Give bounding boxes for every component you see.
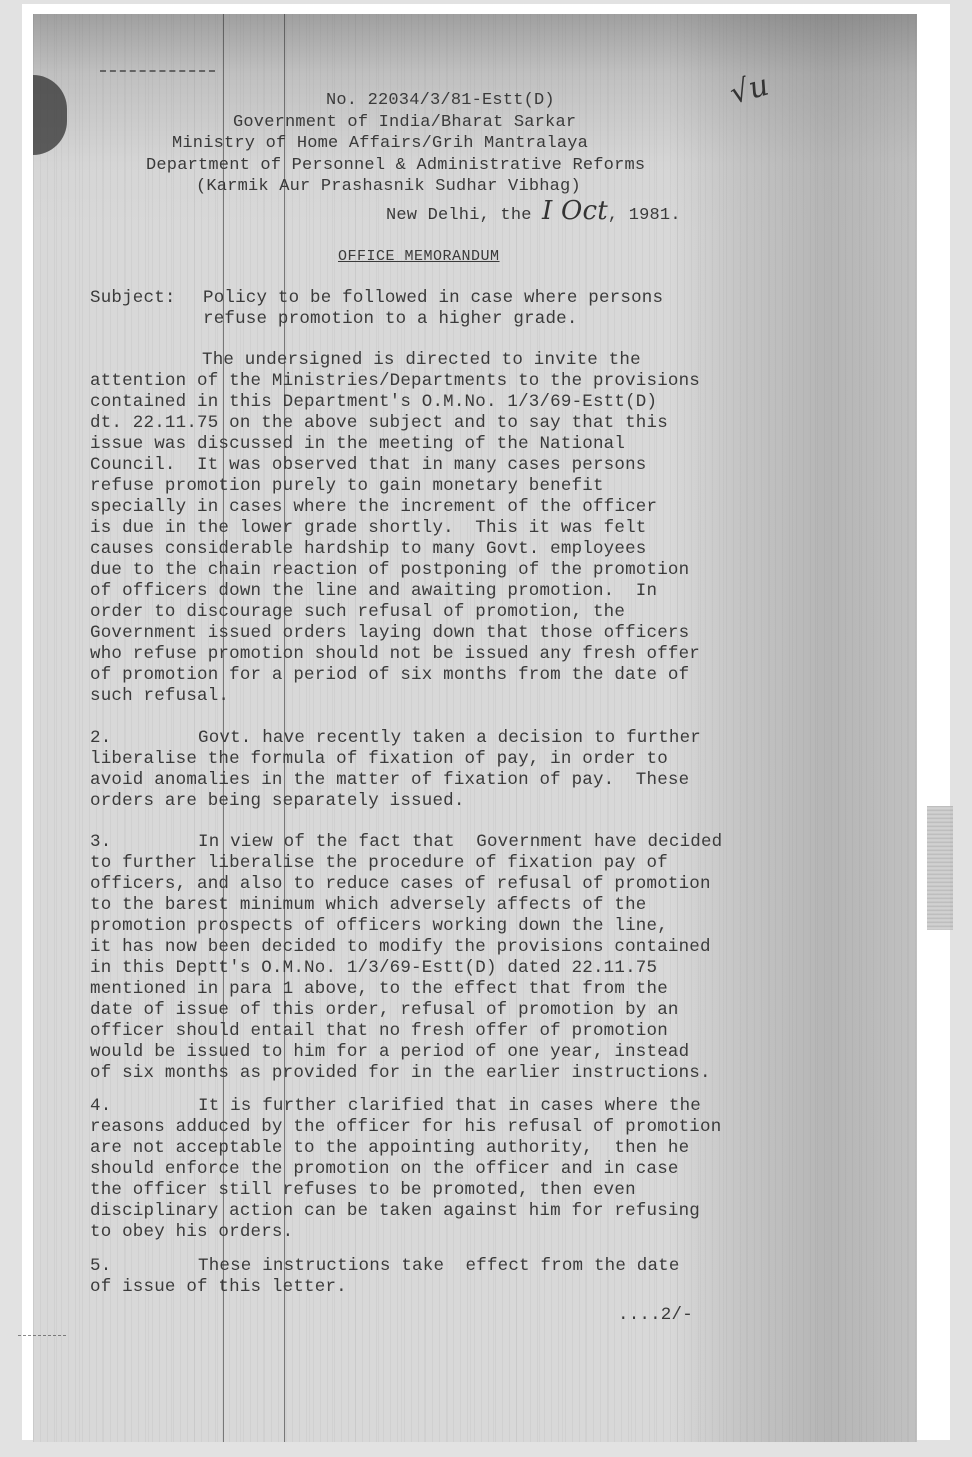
issuer-line: Ministry of Home Affairs/Grih Mantralaya [172, 133, 588, 154]
issuer-line: Government of India/Bharat Sarkar [233, 112, 576, 133]
paragraph-line: Government issued orders laying down tha… [90, 623, 689, 644]
paragraph-line: should enforce the promotion on the offi… [90, 1159, 679, 1180]
paragraph-line: disciplinary action can be taken against… [90, 1201, 700, 1222]
paragraph-line: of officers down the line and awaiting p… [90, 581, 657, 602]
paragraph-line: date of issue of this order, refusal of … [90, 1000, 679, 1021]
paragraph-line: such refusal. [90, 686, 229, 707]
subject-line: Policy to be followed in case where pers… [203, 288, 663, 309]
subject-label: Subject: [90, 288, 176, 309]
paragraph-number: 3. [90, 832, 111, 853]
paragraph-number: 5. [90, 1256, 111, 1277]
place-prefix: New Delhi, the [386, 206, 532, 225]
paragraph-line: of promotion for a period of six months … [90, 665, 689, 686]
paragraph-line: In view of the fact that Government have… [198, 832, 722, 853]
paragraph-line: dt. 22.11.75 on the above subject and to… [90, 413, 668, 434]
continuation-marker: ....2/- [618, 1305, 693, 1326]
paragraph-line: issue was discussed in the meeting of th… [90, 434, 625, 455]
paragraph-line: due to the chain reaction of postponing … [90, 560, 689, 581]
paragraph-line: to further liberalise the procedure of f… [90, 853, 668, 874]
reference-number: No. 22034/3/81-Estt(D) [326, 90, 555, 111]
paragraph-line: of six months as provided for in the ear… [90, 1063, 711, 1084]
paragraph-line: of issue of this letter. [90, 1277, 347, 1298]
paragraph-line: contained in this Department's O.M.No. 1… [90, 392, 657, 413]
paragraph-line: refuse promotion purely to gain monetary… [90, 476, 604, 497]
paragraph-line: It is further clarified that in cases wh… [198, 1096, 701, 1117]
paragraph-line: causes considerable hardship to many Gov… [90, 539, 647, 560]
paragraph-line: specially in cases where the increment o… [90, 497, 657, 518]
paragraph-line: Govt. have recently taken a decision to … [198, 728, 701, 749]
paragraph-line: liberalise the formula of fixation of pa… [90, 749, 668, 770]
paragraph-line: officers, and also to reduce cases of re… [90, 874, 711, 895]
paragraph-line: to the barest minimum which adversely af… [90, 895, 647, 916]
paragraph-line: officer should entail that no fresh offe… [90, 1021, 668, 1042]
paragraph-number: 4. [90, 1096, 111, 1117]
paragraph-line: Council. It was observed that in many ca… [90, 455, 647, 476]
issuer-line: (Karmik Aur Prashasnik Sudhar Vibhag) [196, 176, 581, 197]
paragraph-line: is due in the lower grade shortly. This … [90, 518, 647, 539]
paragraph-line: The undersigned is directed to invite th… [202, 350, 641, 371]
paragraph-line: it has now been decided to modify the pr… [90, 937, 711, 958]
paragraph-line: attention of the Ministries/Departments … [90, 371, 700, 392]
paragraph-number: 2. [90, 728, 111, 749]
paragraph-line: in this Deptt's O.M.No. 1/3/69-Estt(D) d… [90, 958, 657, 979]
paragraph-line: avoid anomalies in the matter of fixatio… [90, 770, 689, 791]
date-year: , 1981. [608, 206, 681, 225]
paragraph-line: order to discourage such refusal of prom… [90, 602, 625, 623]
paragraph-line: reasons adduced by the officer for his r… [90, 1117, 721, 1138]
paragraph-line: would be issued to him for a period of o… [90, 1042, 689, 1063]
page-title: OFFICE MEMORANDUM [338, 246, 500, 267]
margin-initials: √u [726, 68, 773, 112]
paragraph-line: the officer still refuses to be promoted… [90, 1180, 636, 1201]
paragraph-line: to obey his orders. [90, 1222, 293, 1243]
paragraph-line: who refuse promotion should not be issue… [90, 644, 700, 665]
paragraph-line: orders are being separately issued. [90, 791, 465, 812]
paragraph-line: These instructions take effect from the … [198, 1256, 680, 1277]
handwritten-date: I Oct [542, 196, 608, 226]
place-date: New Delhi, the I Oct, 1981. [386, 201, 681, 226]
issuer-line: Department of Personnel & Administrative… [146, 155, 645, 176]
paragraph-line: are not acceptable to the appointing aut… [90, 1138, 689, 1159]
paragraph-line: mentioned in para 1 above, to the effect… [90, 979, 668, 1000]
paragraph-line: promotion prospects of officers working … [90, 916, 668, 937]
subject-line: refuse promotion to a higher grade. [203, 309, 578, 330]
office-memorandum: √u No. 22034/3/81-Estt(D) Government of … [0, 0, 972, 1457]
